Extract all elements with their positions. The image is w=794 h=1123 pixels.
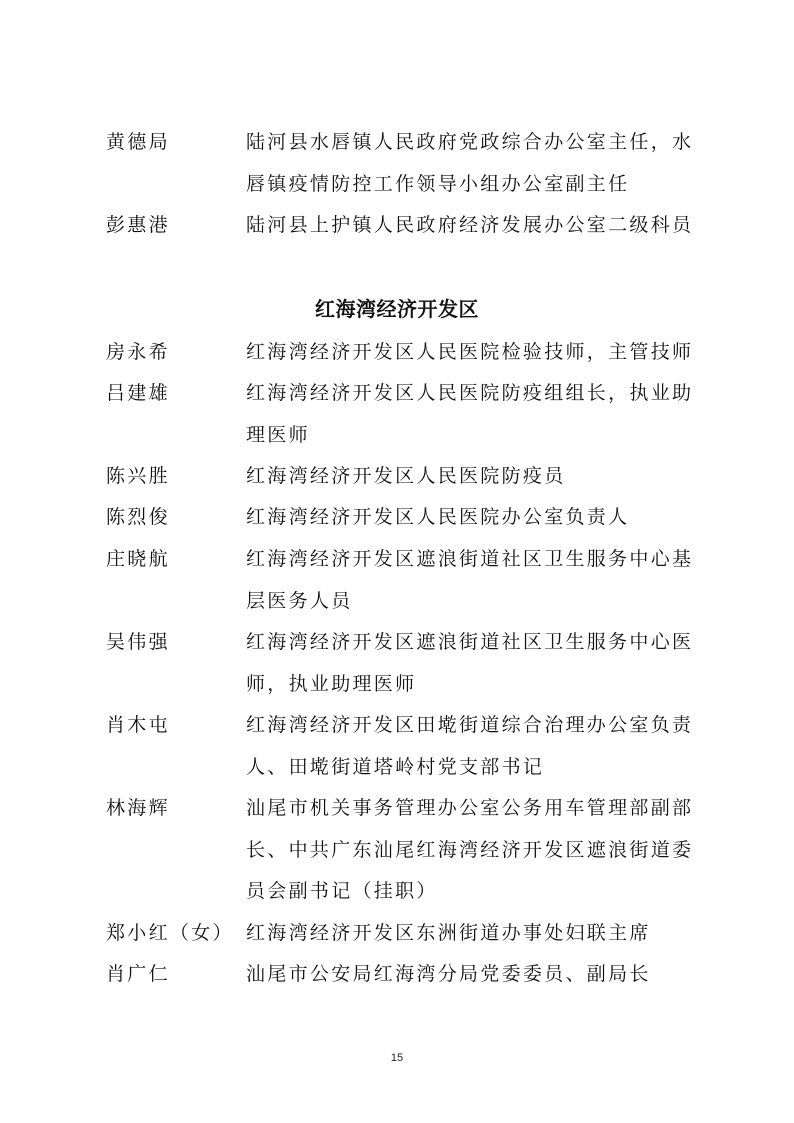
person-name: 肖广仁	[106, 954, 170, 996]
position-line: 红海湾经济开发区人民医院办公室负责人	[246, 497, 698, 539]
position-line: 员会副书记（挂职）	[246, 871, 698, 913]
person-name: 房永希	[106, 332, 170, 374]
person-position: 陆河县上护镇人民政府经济发展办公室二级科员	[246, 205, 698, 247]
position-line: 唇镇疫情防控工作领导小组办公室副主任	[246, 164, 698, 206]
person-name: 肖木屯	[106, 705, 170, 747]
position-line: 人、田墘街道塔岭村党支部书记	[246, 747, 698, 789]
position-line: 陆河县水唇镇人民政府党政综合办公室主任，水	[246, 122, 698, 164]
person-name: 林海辉	[106, 788, 170, 830]
position-line: 红海湾经济开发区东洲街道办事处妇联主席	[246, 913, 698, 955]
person-name: 黄德局	[106, 122, 170, 164]
person-name: 郑小红（女）	[106, 913, 234, 955]
section-heading: 红海湾经济开发区	[0, 293, 794, 325]
person-position: 红海湾经济开发区人民医院防疫组组长，执业助 理医师	[246, 373, 698, 456]
document-page: 黄德局 陆河县水唇镇人民政府党政综合办公室主任，水 唇镇疫情防控工作领导小组办公…	[0, 0, 794, 1123]
position-line: 红海湾经济开发区田墘街道综合治理办公室负责	[246, 705, 698, 747]
person-name: 陈烈俊	[106, 497, 170, 539]
person-name: 吴伟强	[106, 622, 170, 664]
person-position: 红海湾经济开发区田墘街道综合治理办公室负责 人、田墘街道塔岭村党支部书记	[246, 705, 698, 788]
position-line: 汕尾市机关事务管理办公室公务用车管理部副部	[246, 788, 698, 830]
position-line: 汕尾市公安局红海湾分局党委委员、副局长	[246, 954, 698, 996]
person-position: 红海湾经济开发区人民医院检验技师，主管技师	[246, 332, 698, 374]
position-line: 陆河县上护镇人民政府经济发展办公室二级科员	[246, 205, 698, 247]
person-name: 吕建雄	[106, 373, 170, 415]
page-number: 15	[0, 1052, 794, 1064]
position-line: 红海湾经济开发区人民医院防疫员	[246, 456, 698, 498]
position-line: 师，执业助理医师	[246, 664, 698, 706]
person-position: 红海湾经济开发区遮浪街道社区卫生服务中心医 师，执业助理医师	[246, 622, 698, 705]
person-position: 红海湾经济开发区人民医院办公室负责人	[246, 497, 698, 539]
position-line: 红海湾经济开发区遮浪街道社区卫生服务中心基	[246, 539, 698, 581]
position-line: 红海湾经济开发区遮浪街道社区卫生服务中心医	[246, 622, 698, 664]
person-position: 红海湾经济开发区人民医院防疫员	[246, 456, 698, 498]
position-line: 红海湾经济开发区人民医院检验技师，主管技师	[246, 332, 698, 374]
person-name: 庄晓航	[106, 539, 170, 581]
person-name: 彭惠港	[106, 205, 170, 247]
person-position: 汕尾市公安局红海湾分局党委委员、副局长	[246, 954, 698, 996]
person-position: 红海湾经济开发区东洲街道办事处妇联主席	[246, 913, 698, 955]
position-line: 红海湾经济开发区人民医院防疫组组长，执业助	[246, 373, 698, 415]
person-position: 陆河县水唇镇人民政府党政综合办公室主任，水 唇镇疫情防控工作领导小组办公室副主任	[246, 122, 698, 205]
position-line: 层医务人员	[246, 581, 698, 623]
person-position: 红海湾经济开发区遮浪街道社区卫生服务中心基 层医务人员	[246, 539, 698, 622]
position-line: 长、中共广东汕尾红海湾经济开发区遮浪街道委	[246, 830, 698, 872]
person-name: 陈兴胜	[106, 456, 170, 498]
person-position: 汕尾市机关事务管理办公室公务用车管理部副部 长、中共广东汕尾红海湾经济开发区遮浪…	[246, 788, 698, 913]
position-line: 理医师	[246, 415, 698, 457]
